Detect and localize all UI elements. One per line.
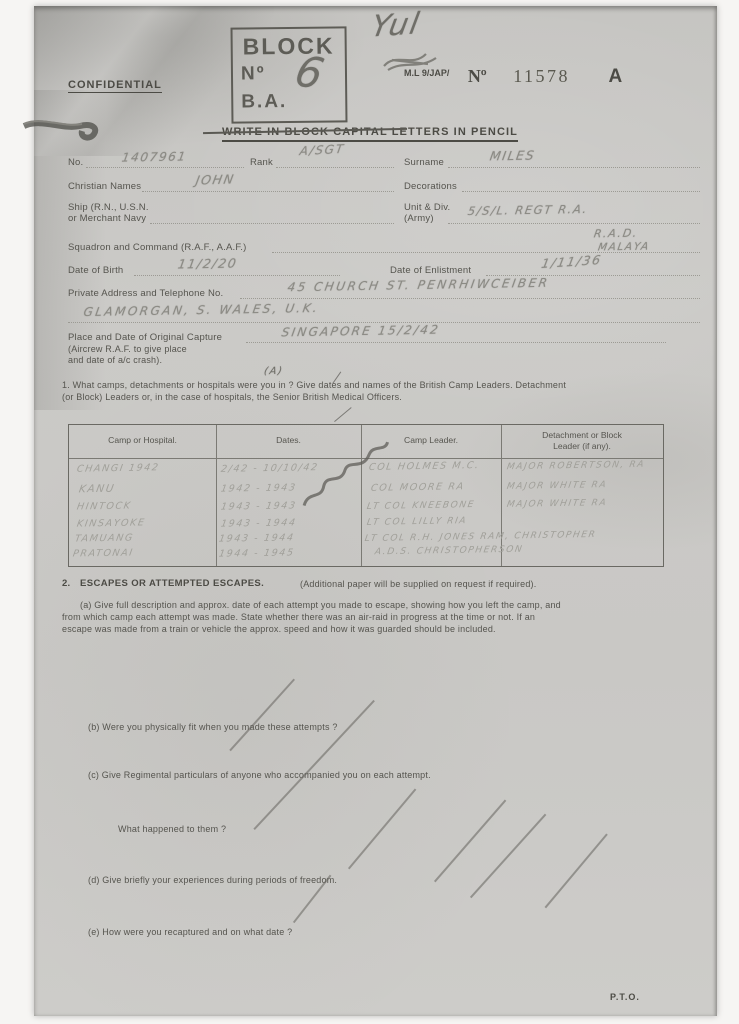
cell-camp: TAMUANG [74, 532, 135, 544]
field-label-ship-2: or Merchant Navy [68, 213, 146, 224]
section2c-followup: What happened to them ? [118, 824, 226, 834]
cell-dates: 1942 - 1943 [220, 482, 297, 494]
cell-camp: HINTOCK [76, 501, 132, 513]
serial-number-row: M.L 9/JAP/ Nº 11578 A [404, 66, 622, 88]
field-label-no: No. [68, 157, 83, 168]
stamp-line3: B.A. [241, 91, 287, 113]
field-line [246, 341, 666, 343]
col-header-detachment: Detachment or Block Leader (if any). [501, 430, 663, 451]
field-label-dob: Date of Birth [68, 265, 123, 276]
col-header-camp: Camp or Hospital. [69, 435, 216, 446]
field-line [448, 222, 700, 224]
field-value-unit-2: R.A.D. [593, 227, 639, 241]
question1-line1: 1. What camps, detachments or hospitals … [62, 380, 566, 390]
binding-string [22, 104, 112, 150]
cell-detachment: MAJOR WHITE RA [506, 480, 608, 492]
section2d: (d) Give briefly your experiences during… [88, 875, 337, 885]
cell-camp: PRATONAI [72, 547, 135, 559]
field-label-squadron: Squadron and Command (R.A.F., A.A.F.) [68, 242, 246, 253]
reference-prefix: M.L 9/JAP/ [404, 68, 449, 78]
field-label-ship-1: Ship (R.N., U.S.N. [68, 202, 149, 213]
cell-dates: 1943 - 1943 [220, 500, 297, 512]
field-line [276, 166, 394, 168]
field-line [240, 297, 700, 299]
scanned-pow-questionnaire: CONFIDENTIAL BLOCK Nº B.A. 6 Yul M.L 9/J… [0, 0, 739, 1024]
section2b: (b) Were you physically fit when you mad… [88, 722, 338, 732]
section2-heading-note: (Additional paper will be supplied on re… [300, 579, 536, 589]
field-label-capture-2: (Aircrew R.A.F. to give place [68, 344, 187, 354]
field-line [272, 251, 700, 253]
field-line [448, 166, 700, 168]
field-value-surname: MILES [489, 148, 537, 164]
field-value-unit: 5/S/L. REGT R.A. [467, 202, 589, 218]
field-line [86, 166, 244, 168]
section2-heading: ESCAPES OR ATTEMPTED ESCAPES. [80, 578, 264, 589]
section2a-line2: from which camp each attempt was made. S… [62, 612, 535, 622]
pencil-insert-annotation: (A) [263, 366, 284, 377]
field-line [134, 274, 340, 276]
section2e: (e) How were you recaptured and on what … [88, 927, 292, 937]
field-label-christian-names: Christian Names [68, 181, 141, 192]
cell-detachment: MAJOR ROBERTSON, RA [506, 460, 646, 472]
cell-leader: LT COL R.H. JONES RAM, CHRISTOPHER [364, 530, 597, 544]
cell-leader: COL MOORE RA [370, 481, 466, 494]
cell-dates: 1944 - 1945 [218, 547, 295, 559]
block-number-stamp: BLOCK Nº B.A. [231, 26, 348, 123]
section2a-line3: escape was made from a train or vehicle … [62, 624, 496, 634]
classification-label: CONFIDENTIAL [68, 79, 162, 93]
field-label-rank: Rank [250, 157, 273, 168]
handwritten-initials: Yul [369, 6, 424, 44]
field-label-enlistment: Date of Enlistment [390, 265, 471, 276]
field-line [150, 222, 394, 224]
section2c: (c) Give Regimental particulars of anyon… [88, 770, 431, 780]
field-value-capture: SINGAPORE 15/2/42 [281, 323, 441, 340]
table-column-divider [216, 425, 217, 566]
series-letter: A [609, 66, 623, 87]
cell-camp: CHANGI 1942 [76, 462, 160, 474]
pto-label: P.T.O. [610, 992, 640, 1002]
cell-dates: 1943 - 1944 [218, 532, 295, 544]
field-value-no: 1407961 [121, 149, 188, 164]
field-value-christian-names: JOHN [195, 171, 237, 187]
col-header-dates: Dates. [216, 435, 361, 446]
section2a-line1: (a) Give full description and approx. da… [80, 600, 561, 610]
serial-number: 11578 [513, 66, 570, 86]
field-line [142, 190, 394, 192]
col-header-detachment-line1: Detachment or Block [542, 430, 622, 440]
cell-dates: 1943 - 1944 [220, 517, 297, 529]
field-value-dob: 11/2/20 [177, 255, 239, 271]
section2-number: 2. [62, 578, 70, 589]
cell-detachment: MAJOR WHITE RA [506, 498, 608, 510]
field-label-capture-3: and date of a/c crash). [68, 355, 162, 365]
field-label-surname: Surname [404, 157, 444, 168]
field-label-unit-2: (Army) [404, 213, 434, 224]
field-label-capture-1: Place and Date of Original Capture [68, 332, 222, 343]
no-symbol: Nº [468, 66, 487, 86]
cell-camp: KINSAYOKE [76, 517, 146, 529]
field-label-unit-1: Unit & Div. [404, 202, 450, 213]
cell-leader: LT COL LILLY RIA [366, 516, 468, 528]
field-label-address: Private Address and Telephone No. [68, 288, 223, 299]
field-value-rank: A/SGT [299, 142, 346, 158]
col-header-detachment-line2: Leader (if any). [553, 441, 611, 451]
cell-leader: LT COL KNEEBONE [366, 500, 476, 512]
cell-camp: KANU [78, 483, 116, 496]
field-label-decorations: Decorations [404, 181, 457, 192]
field-line [462, 190, 700, 192]
question1-line2: (or Block) Leaders or, in the case of ho… [62, 392, 402, 402]
stamp-line2: Nº [241, 63, 266, 85]
